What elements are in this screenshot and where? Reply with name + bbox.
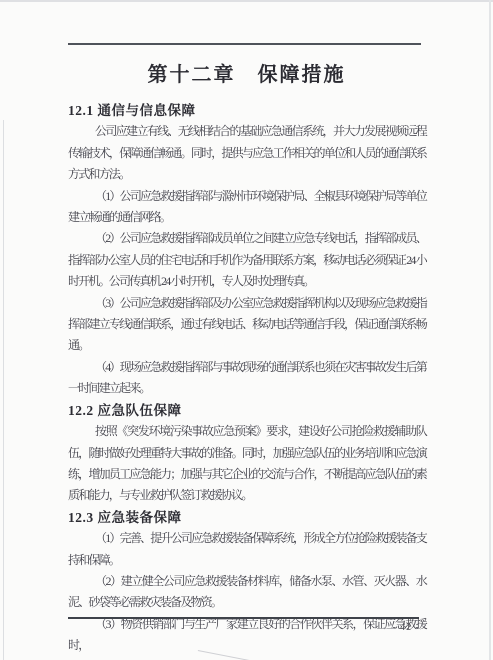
body-paragraph: （1）公司应急救援指挥部与滁州市环境保护局、全椒县环境保护局等单位建立畅通的通信…	[68, 186, 426, 229]
section-heading-12-2: 12.2 应急队伍保障	[68, 400, 426, 421]
section-12-2: 12.2 应急队伍保障 按照《突发环境污染事故应急预案》要求，建设好公司抢险救援…	[68, 400, 426, 507]
body-paragraph: （3）物资供销部门与生产厂家建立良好的合作伙伴关系，保证应急救援时，	[68, 614, 426, 657]
scan-edge-right-artifact	[489, 0, 491, 660]
section-heading-12-1: 12.1 通信与信息保障	[68, 100, 426, 121]
footer-rule	[68, 617, 419, 619]
body-paragraph: （1）完善、提升公司应急救援装备保障系统，形成全方位抢险救援装备支持和保障。	[68, 528, 426, 571]
body-paragraph: （2）建立健全公司应急救援装备材料库，储备水泵、水管、灭火器、水泥、砂袋等必需救…	[68, 571, 426, 614]
section-heading-12-3: 12.3 应急装备保障	[68, 507, 426, 528]
body-paragraph: （2）公司应急救援指挥部成员单位之间建立应急专线电话，指挥部成员、指挥部办公室人…	[68, 228, 426, 292]
chapter-title: 第十二章 保障措施	[0, 61, 493, 89]
document-body: 12.1 通信与信息保障 公司应建立有线、无线相结合的基础应急通信系统，并大力发…	[68, 100, 426, 657]
section-12-3: 12.3 应急装备保障 （1）完善、提升公司应急救援装备保障系统，形成全方位抢险…	[68, 507, 426, 657]
header-rule	[68, 43, 421, 45]
body-paragraph: （4）现场应急救援指挥部与事故现场的通信联系也须在灾害事故发生后第一时间建立起来…	[68, 357, 426, 400]
body-paragraph: （3）公司应急救援指挥部及办公室应急救援指挥机构以及现场应急救援指挥部建立专线通…	[68, 293, 426, 357]
scan-edge-left-artifact	[3, 120, 4, 660]
page-number: - 42 -	[68, 622, 420, 633]
body-paragraph: 公司应建立有线、无线相结合的基础应急通信系统，并大力发展视频远程传输技术，保障通…	[68, 121, 426, 185]
section-12-1: 12.1 通信与信息保障 公司应建立有线、无线相结合的基础应急通信系统，并大力发…	[68, 100, 426, 400]
document-page: 第十二章 保障措施 12.1 通信与信息保障 公司应建立有线、无线相结合的基础应…	[0, 0, 493, 660]
scan-edge-top-artifact	[0, 0, 493, 2]
body-paragraph: 按照《突发环境污染事故应急预案》要求，建设好公司抢险救援辅助队伍，随时做好处理重…	[68, 421, 426, 507]
